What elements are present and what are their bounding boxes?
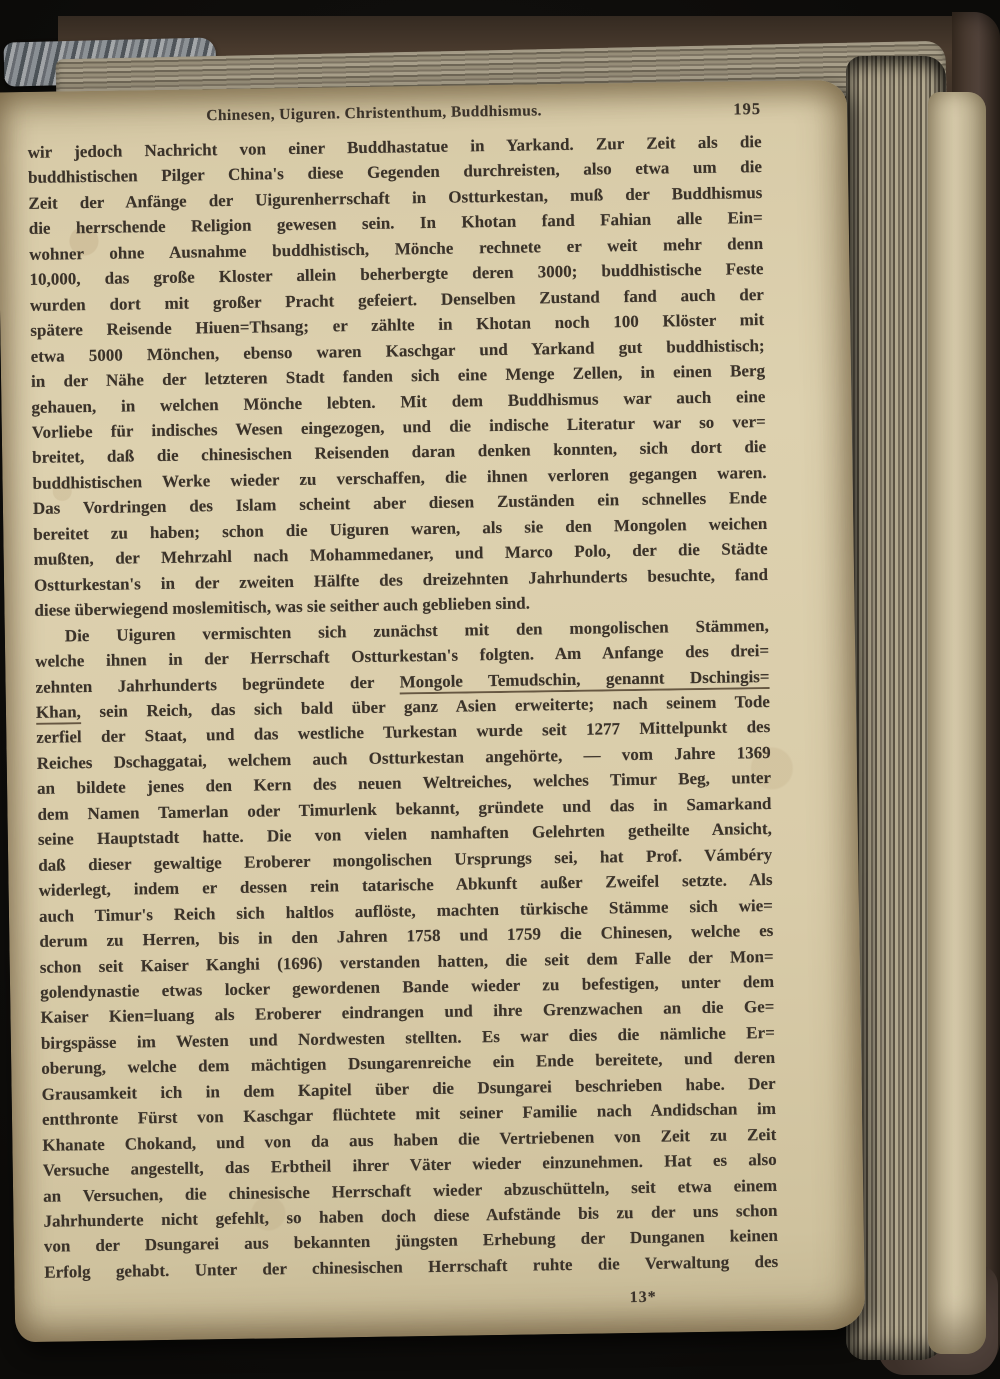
- text-segment: zehnten Jahrhunderts begründete der: [35, 672, 399, 696]
- text-segment: diese überwiegend moslemitisch, was sie …: [34, 594, 530, 620]
- running-head: Chinesen, Uiguren. Christenthum, Buddhis…: [27, 95, 761, 132]
- book-page: Chinesen, Uiguren. Christenthum, Buddhis…: [0, 80, 865, 1342]
- signature-mark: 13*: [630, 1285, 657, 1311]
- paragraph: Die Uiguren vermischten sich zunächst mi…: [35, 613, 779, 1286]
- fore-edge-pages: [928, 92, 986, 1354]
- pencil-underlined-text: Khan,: [36, 702, 81, 725]
- text-block: wir jedoch Nachricht von einer Buddhasta…: [27, 129, 778, 1285]
- scanned-book-photo: Chinesen, Uiguren. Christenthum, Buddhis…: [0, 0, 1000, 1379]
- signature-line: 13*: [45, 1283, 779, 1319]
- text-area: Chinesen, Uiguren. Christenthum, Buddhis…: [27, 95, 779, 1320]
- paragraph: wir jedoch Nachricht von einer Buddhasta…: [27, 129, 768, 623]
- page-number: 195: [733, 96, 761, 122]
- running-head-title: Chinesen, Uiguren. Christenthum, Buddhis…: [27, 95, 761, 131]
